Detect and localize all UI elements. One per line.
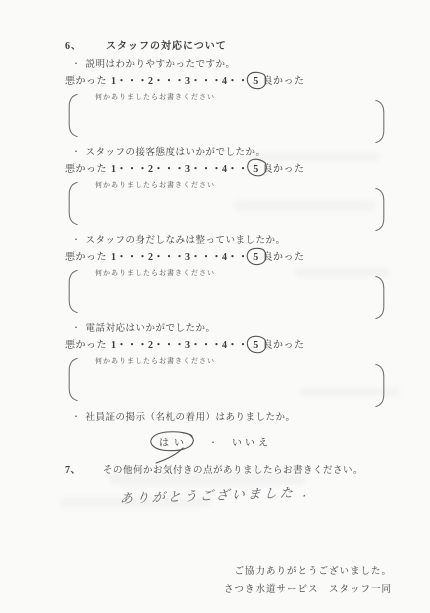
scan-bleed-artifact <box>250 152 380 161</box>
question-text: 社員証の掲示（名札の着用）はありましたか。 <box>86 413 296 423</box>
rating-high-label: 良かった <box>263 252 305 263</box>
rating-scale: 悪かった1・・・2・・・3・・・4・・5良かった <box>65 250 392 265</box>
comment-hint: 何かありましたらお書きください <box>95 180 215 190</box>
bullet-icon: ・ <box>72 235 81 244</box>
rating-high-label: 良かった <box>263 340 305 351</box>
selected-rating-value: 5 <box>253 340 259 351</box>
left-bracket-icon <box>65 181 79 226</box>
selected-rating-value: 5 <box>253 76 259 87</box>
scan-bleed-artifact <box>295 268 390 277</box>
rating-scale-numbers: 1・・・2・・・3・・・4・・ <box>111 252 249 263</box>
scan-bleed-artifact <box>300 388 400 396</box>
left-bracket-icon <box>65 357 79 402</box>
question-line: ・説明はわかりやすかったですか。 <box>65 57 392 72</box>
right-bracket-icon <box>374 187 388 232</box>
comment-area: 何かありましたらお書きください <box>65 91 392 141</box>
rating-scale-numbers: 1・・・2・・・3・・・4・・ <box>111 164 249 175</box>
section7-number: 7、 <box>65 465 81 476</box>
left-bracket-icon <box>65 269 79 314</box>
survey-sheet: 6、スタッフの対応について ・説明はわかりやすかったですか。 悪かった1・・・2… <box>0 0 430 613</box>
answer-no-label: いいえ <box>232 438 271 449</box>
selected-rating-value: 5 <box>253 164 259 175</box>
question-line: ・社員証の掲示（名札の着用）はありましたか。 <box>65 410 392 425</box>
comment-hint: 何かありましたらお書きください <box>95 356 215 366</box>
rating-high-label: 良かった <box>263 76 305 87</box>
bullet-icon: ・ <box>72 412 81 421</box>
footer-signature: さつき水道サービス スタッフ一同 <box>65 582 392 600</box>
bullet-icon: ・ <box>72 323 81 332</box>
rating-low-label: 悪かった <box>65 76 107 87</box>
rating-scale: 悪かった1・・・2・・・3・・・4・・5良かった <box>65 162 392 177</box>
left-bracket-icon <box>65 93 79 138</box>
comment-hint: 何かありましたらお書きください <box>95 268 215 278</box>
selected-rating: 5 <box>250 250 263 265</box>
rating-scale: 悪かった1・・・2・・・3・・・4・・5良かった <box>65 74 392 89</box>
rating-scale: 悪かった1・・・2・・・3・・・4・・5良かった <box>65 338 392 353</box>
question-text: スタッフの身だしなみは整っていましたか。 <box>86 236 286 246</box>
scanned-survey-page: 6、スタッフの対応について ・説明はわかりやすかったですか。 悪かった1・・・2… <box>0 0 430 613</box>
selected-rating: 5 <box>250 162 263 177</box>
comment-hint: 何かありましたらお書きください <box>95 92 215 102</box>
rating-low-label: 悪かった <box>65 164 107 175</box>
right-bracket-icon <box>374 99 388 144</box>
question-line: ・スタッフの身だしなみは整っていましたか。 <box>65 233 392 248</box>
right-bracket-icon <box>374 275 388 320</box>
bullet-icon: ・ <box>72 59 81 68</box>
rating-high-label: 良かった <box>263 164 305 175</box>
answer-yes-label: はい <box>159 438 189 449</box>
section6-number: 6、 <box>65 41 82 52</box>
answer-separator: ・ <box>209 438 218 447</box>
question-group-id-badge: ・社員証の掲示（名札の着用）はありましたか。 はい・いいえ <box>65 410 392 449</box>
rating-scale-numbers: 1・・・2・・・3・・・4・・ <box>111 76 249 87</box>
rating-scale-numbers: 1・・・2・・・3・・・4・・ <box>111 340 249 351</box>
question-text: 電話対応はいかがでしたか。 <box>86 324 216 334</box>
right-bracket-icon <box>374 363 388 408</box>
footer-thanks: ご協力ありがとうございました。 <box>65 564 392 582</box>
selected-answer-yes: はい <box>153 434 195 449</box>
question-text: 説明はわかりやすかったですか。 <box>86 60 236 70</box>
rating-low-label: 悪かった <box>65 340 107 351</box>
scan-bleed-artifact <box>110 473 305 485</box>
scan-bleed-artifact <box>60 497 210 507</box>
section6-header: 6、スタッフの対応について <box>65 40 392 53</box>
question-text: スタッフの接客態度はいかがでしたか。 <box>86 148 266 158</box>
scan-bleed-artifact <box>235 200 375 211</box>
footer: ご協力ありがとうございました。 さつき水道サービス スタッフ一同 <box>65 564 392 599</box>
comment-area: 何かありましたらお書きください <box>65 355 392 405</box>
section6-title: スタッフの対応について <box>106 41 227 52</box>
yes-no-answer: はい・いいえ <box>153 434 392 449</box>
question-line: ・電話対応はいかがでしたか。 <box>65 321 392 336</box>
selected-rating-value: 5 <box>253 252 259 263</box>
selected-rating: 5 <box>250 74 263 89</box>
question-group-explanation: ・説明はわかりやすかったですか。 悪かった1・・・2・・・3・・・4・・5良かっ… <box>65 57 392 141</box>
bullet-icon: ・ <box>72 147 81 156</box>
rating-low-label: 悪かった <box>65 252 107 263</box>
selected-rating: 5 <box>250 338 263 353</box>
